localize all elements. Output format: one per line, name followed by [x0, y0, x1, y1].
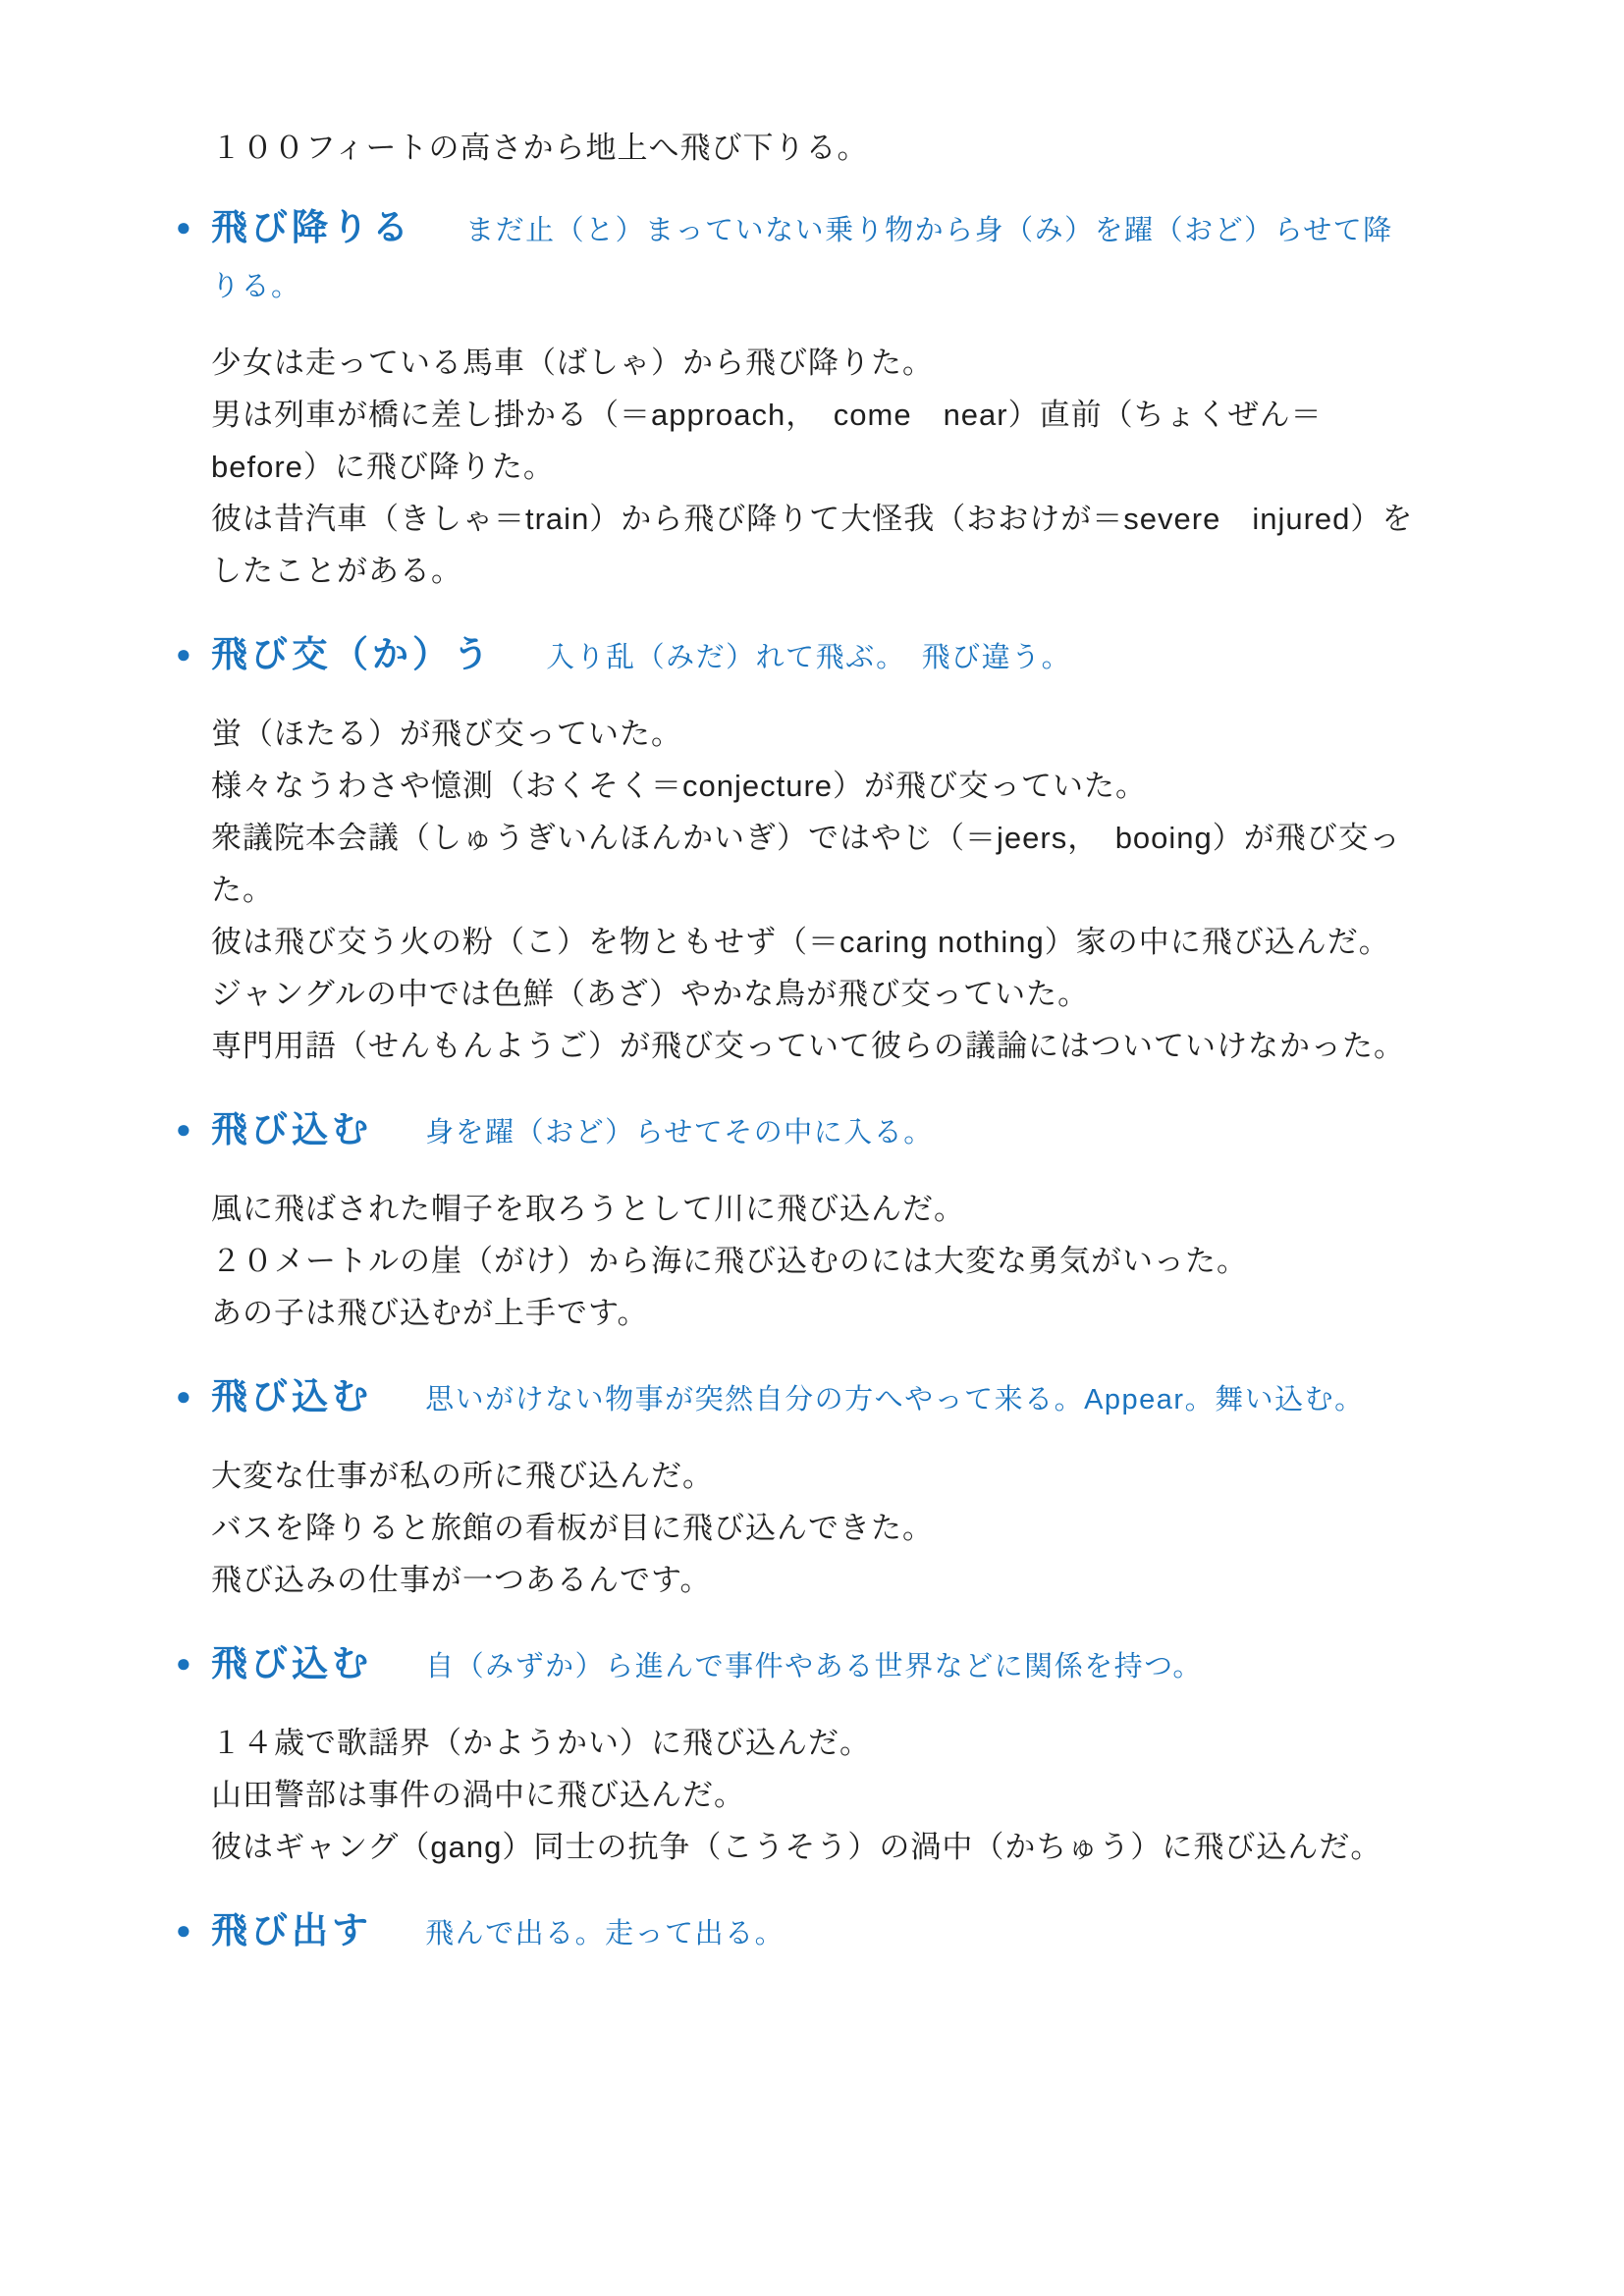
example-sentence: 彼は飛び交う火の粉（こ）を物ともせず（＝caring nothing）家の中に飛…: [211, 916, 1416, 968]
entry-headword: 飛び込む: [211, 1109, 372, 1149]
example-sentence: 様々なうわさや憶測（おくそく＝conjecture）が飛び交っていた。: [211, 760, 1416, 812]
example-sentence: 大変な仕事が私の所に飛び込んだ。: [211, 1450, 1416, 1502]
entry-definition: 入り乱（みだ）れて飛ぶ。 飛び違う。: [546, 642, 1071, 673]
entry-headword: 飛び込む: [211, 1643, 372, 1683]
entry-examples: １４歳で歌謡界（かようかい）に飛び込んだ。山田警部は事件の渦中に飛び込んだ。彼は…: [211, 1717, 1416, 1873]
entry-examples: 風に飛ばされた帽子を取ろうとして川に飛び込んだ。２０メートルの崖（がけ）から海に…: [211, 1183, 1416, 1339]
entry-heading: ● 飛び出す 飛んで出る。走って出る。: [211, 1902, 1416, 1962]
example-sentence: ジャングルの中では色鮮（あざ）やかな鳥が飛び交っていた。: [211, 968, 1416, 1020]
entry-headword: 飛び込む: [211, 1376, 372, 1416]
example-sentence: 風に飛ばされた帽子を取ろうとして川に飛び込んだ。: [211, 1183, 1416, 1235]
entry-heading: ● 飛び交（か）う 入り乱（みだ）れて飛ぶ。 飛び違う。: [211, 626, 1416, 686]
dictionary-entry: ● 飛び込む 身を躍（おど）らせてその中に入る。 風に飛ばされた帽子を取ろうとし…: [211, 1101, 1416, 1339]
example-sentence: 彼はギャング（gang）同士の抗争（こうそう）の渦中（かちゅう）に飛び込んだ。: [211, 1821, 1416, 1873]
dictionary-entry: ● 飛び込む 自（みずか）ら進んで事件やある世界などに関係を持つ。 １４歳で歌謡…: [211, 1635, 1416, 1873]
example-sentence: ２０メートルの崖（がけ）から海に飛び込むのには大変な勇気がいった。: [211, 1235, 1416, 1287]
bullet-icon: ●: [176, 1368, 191, 1424]
document-page: １００フィートの高さから地上へ飛び下りる。 ● 飛び降りる まだ止（と）まってい…: [0, 0, 1624, 2296]
entry-heading: ● 飛び込む 身を躍（おど）らせてその中に入る。: [211, 1101, 1416, 1161]
example-sentence: 山田警部は事件の渦中に飛び込んだ。: [211, 1769, 1416, 1821]
entry-list: ● 飛び降りる まだ止（と）まっていない乗り物から身（み）を躍（おど）らせて降り…: [211, 199, 1416, 1962]
entry-heading: ● 飛び込む 自（みずか）ら進んで事件やある世界などに関係を持つ。: [211, 1635, 1416, 1695]
example-sentence: １４歳で歌謡界（かようかい）に飛び込んだ。: [211, 1717, 1416, 1769]
entry-heading: ● 飛び込む 思いがけない物事が突然自分の方へやって来る。Appear。舞い込む…: [211, 1368, 1416, 1428]
intro-continuation-line: １００フィートの高さから地上へ飛び下りる。: [211, 122, 1416, 174]
bullet-icon: ●: [176, 1101, 191, 1157]
bullet-icon: ●: [176, 1635, 191, 1691]
example-sentence: 男は列車が橋に差し掛かる（＝approach， come near）直前（ちょく…: [211, 389, 1416, 493]
entry-headword: 飛び降りる: [211, 207, 412, 247]
dictionary-entry: ● 飛び交（か）う 入り乱（みだ）れて飛ぶ。 飛び違う。 蛍（ほたる）が飛び交っ…: [211, 626, 1416, 1072]
example-sentence: 衆議院本会議（しゅうぎいんほんかいぎ）ではやじ（＝jeers， booing）が…: [211, 812, 1416, 916]
example-sentence: 専門用語（せんもんようご）が飛び交っていて彼らの議論にはついていけなかった。: [211, 1020, 1416, 1072]
entry-definition: 身を躍（おど）らせてその中に入る。: [425, 1117, 934, 1148]
dictionary-entry: ● 飛び出す 飛んで出る。走って出る。: [211, 1902, 1416, 1962]
bullet-icon: ●: [176, 1902, 191, 1958]
example-sentence: 少女は走っている馬車（ばしゃ）から飛び降りた。: [211, 337, 1416, 389]
entry-headword: 飛び交（か）う: [211, 634, 493, 674]
entry-definition: 思いがけない物事が突然自分の方へやって来る。Appear。舞い込む。: [425, 1384, 1365, 1415]
entry-examples: 大変な仕事が私の所に飛び込んだ。バスを降りると旅館の看板が目に飛び込んできた。飛…: [211, 1450, 1416, 1606]
entry-headword: 飛び出す: [211, 1910, 372, 1950]
bullet-icon: ●: [176, 199, 191, 255]
example-sentence: 飛び込みの仕事が一つあるんです。: [211, 1554, 1416, 1606]
entry-examples: 蛍（ほたる）が飛び交っていた。様々なうわさや憶測（おくそく＝conjecture…: [211, 708, 1416, 1072]
entry-examples: 少女は走っている馬車（ばしゃ）から飛び降りた。男は列車が橋に差し掛かる（＝app…: [211, 337, 1416, 597]
example-sentence: あの子は飛び込むが上手です。: [211, 1287, 1416, 1339]
dictionary-entry: ● 飛び込む 思いがけない物事が突然自分の方へやって来る。Appear。舞い込む…: [211, 1368, 1416, 1606]
example-sentence: バスを降りると旅館の看板が目に飛び込んできた。: [211, 1502, 1416, 1554]
example-sentence: 彼は昔汽車（きしゃ＝train）から飛び降りて大怪我（おおけが＝severe i…: [211, 493, 1416, 597]
entry-definition: 飛んで出る。走って出る。: [425, 1918, 785, 1949]
example-sentence: 蛍（ほたる）が飛び交っていた。: [211, 708, 1416, 760]
entry-heading: ● 飛び降りる まだ止（と）まっていない乗り物から身（み）を躍（おど）らせて降り…: [211, 199, 1416, 315]
entry-definition: 自（みずか）ら進んで事件やある世界などに関係を持つ。: [425, 1651, 1203, 1682]
bullet-icon: ●: [176, 626, 191, 682]
dictionary-entry: ● 飛び降りる まだ止（と）まっていない乗り物から身（み）を躍（おど）らせて降り…: [211, 199, 1416, 597]
